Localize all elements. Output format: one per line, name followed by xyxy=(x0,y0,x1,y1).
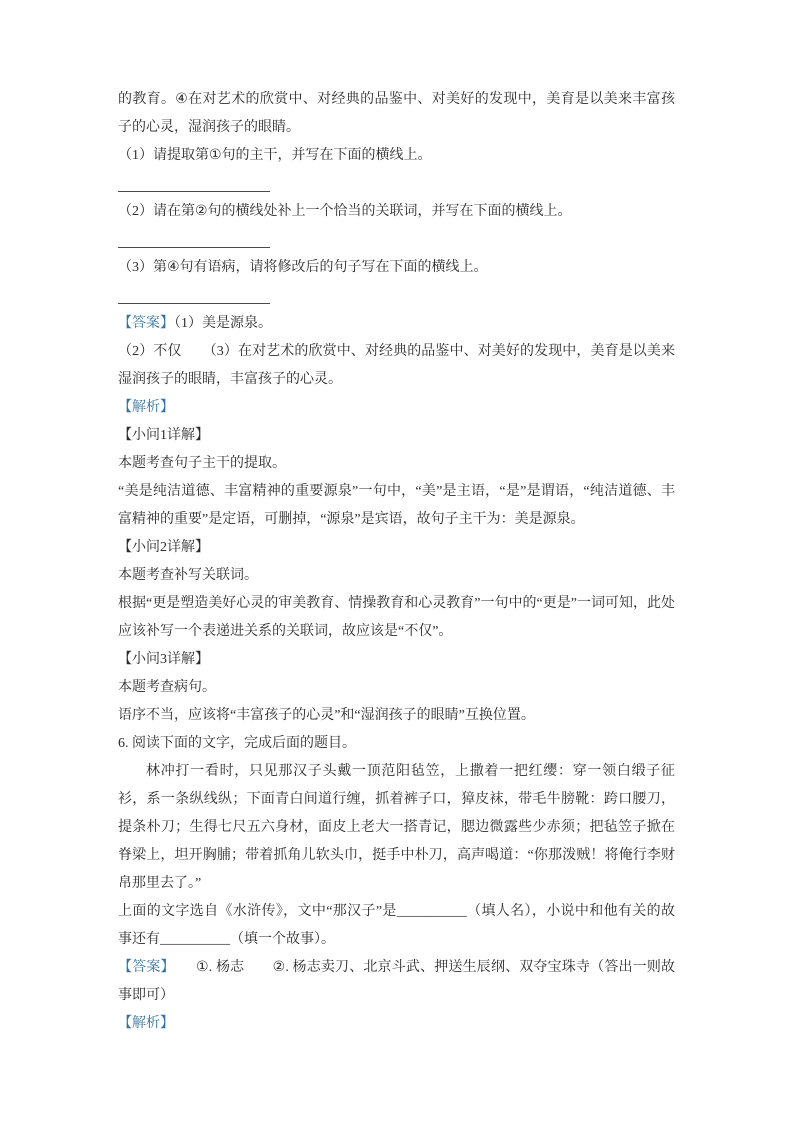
q5-detail3-heading: 【小问3详解】 xyxy=(118,646,675,674)
q5-detail3-body: 语序不当，应该将“丰富孩子的心灵”和“湿润孩子的眼睛”互换位置。 xyxy=(118,702,675,730)
blank-underline xyxy=(118,191,270,192)
q5-answer-part1: （1）美是源泉。 xyxy=(174,316,272,331)
q5-detail2-heading: 【小问2详解】 xyxy=(118,534,675,562)
q5-intro-paragraph: 的教育。④在对艺术的欣赏中、对经典的品鉴中、对美好的发现中，美育是以美来丰富孩子… xyxy=(118,86,675,142)
document-page: 的教育。④在对艺术的欣赏中、对经典的品鉴中、对美好的发现中，美育是以美来丰富孩子… xyxy=(0,0,793,1122)
q5-answer-row: 【答案】（1）美是源泉。 xyxy=(118,310,675,338)
q5-detail1-intro: 本题考查句子主干的提取。 xyxy=(118,450,675,478)
blank-underline xyxy=(118,247,270,248)
q5-detail2-intro: 本题考查补写关联词。 xyxy=(118,562,675,590)
q6-question: 上面的文字选自《水浒传》，文中“那汉子”是__________（填人名），小说中… xyxy=(118,898,675,954)
answer-label: 【答案】 xyxy=(118,316,174,331)
q5-subquestion-1: （1）请提取第①句的主干，并写在下面的横线上。 xyxy=(118,142,675,170)
q6-answer-row: 【答案】 ①. 杨志 ②. 杨志卖刀、北京斗武、押送生辰纲、双夺宝珠寺（答出一则… xyxy=(118,954,675,1010)
q5-detail1-body: “美是纯洁道德、丰富精神的重要源泉”一句中，“美”是主语，“是”是谓语，“纯洁道… xyxy=(118,478,675,534)
q5-detail3-intro: 本题考查病句。 xyxy=(118,674,675,702)
blank-underline xyxy=(118,303,270,304)
q5-blank-line-2 xyxy=(118,226,675,254)
q6-answer-text: ①. 杨志 ②. 杨志卖刀、北京斗武、押送生辰纲、双夺宝珠寺（答出一则故事即可） xyxy=(118,960,675,1003)
q6-stem: 6. 阅读下面的文字，完成后面的题目。 xyxy=(118,730,675,758)
q5-subquestion-2: （2）请在第②句的横线处补上一个恰当的关联词，并写在下面的横线上。 xyxy=(118,198,675,226)
q5-blank-line-3 xyxy=(118,282,675,310)
q5-answer-part2-3: （2）不仅 （3）在对艺术的欣赏中、对经典的品鉴中、对美好的发现中，美育是以美来… xyxy=(118,338,675,394)
q5-subquestion-3: （3）第④句有语病，请将修改后的句子写在下面的横线上。 xyxy=(118,254,675,282)
q5-blank-line-1 xyxy=(118,170,675,198)
q5-detail2-body: 根据“更是塑造美好心灵的审美教育、情操教育和心灵教育”一句中的“更是”一词可知，… xyxy=(118,590,675,646)
q5-detail1-heading: 【小问1详解】 xyxy=(118,422,675,450)
q5-analysis-label: 【解析】 xyxy=(118,394,675,422)
q6-analysis-label: 【解析】 xyxy=(118,1010,675,1038)
q6-passage: 林冲打一看时，只见那汉子头戴一顶范阳毡笠，上撒着一把红缨：穿一领白缎子征衫，系一… xyxy=(118,758,675,898)
answer-label: 【答案】 xyxy=(118,960,168,975)
